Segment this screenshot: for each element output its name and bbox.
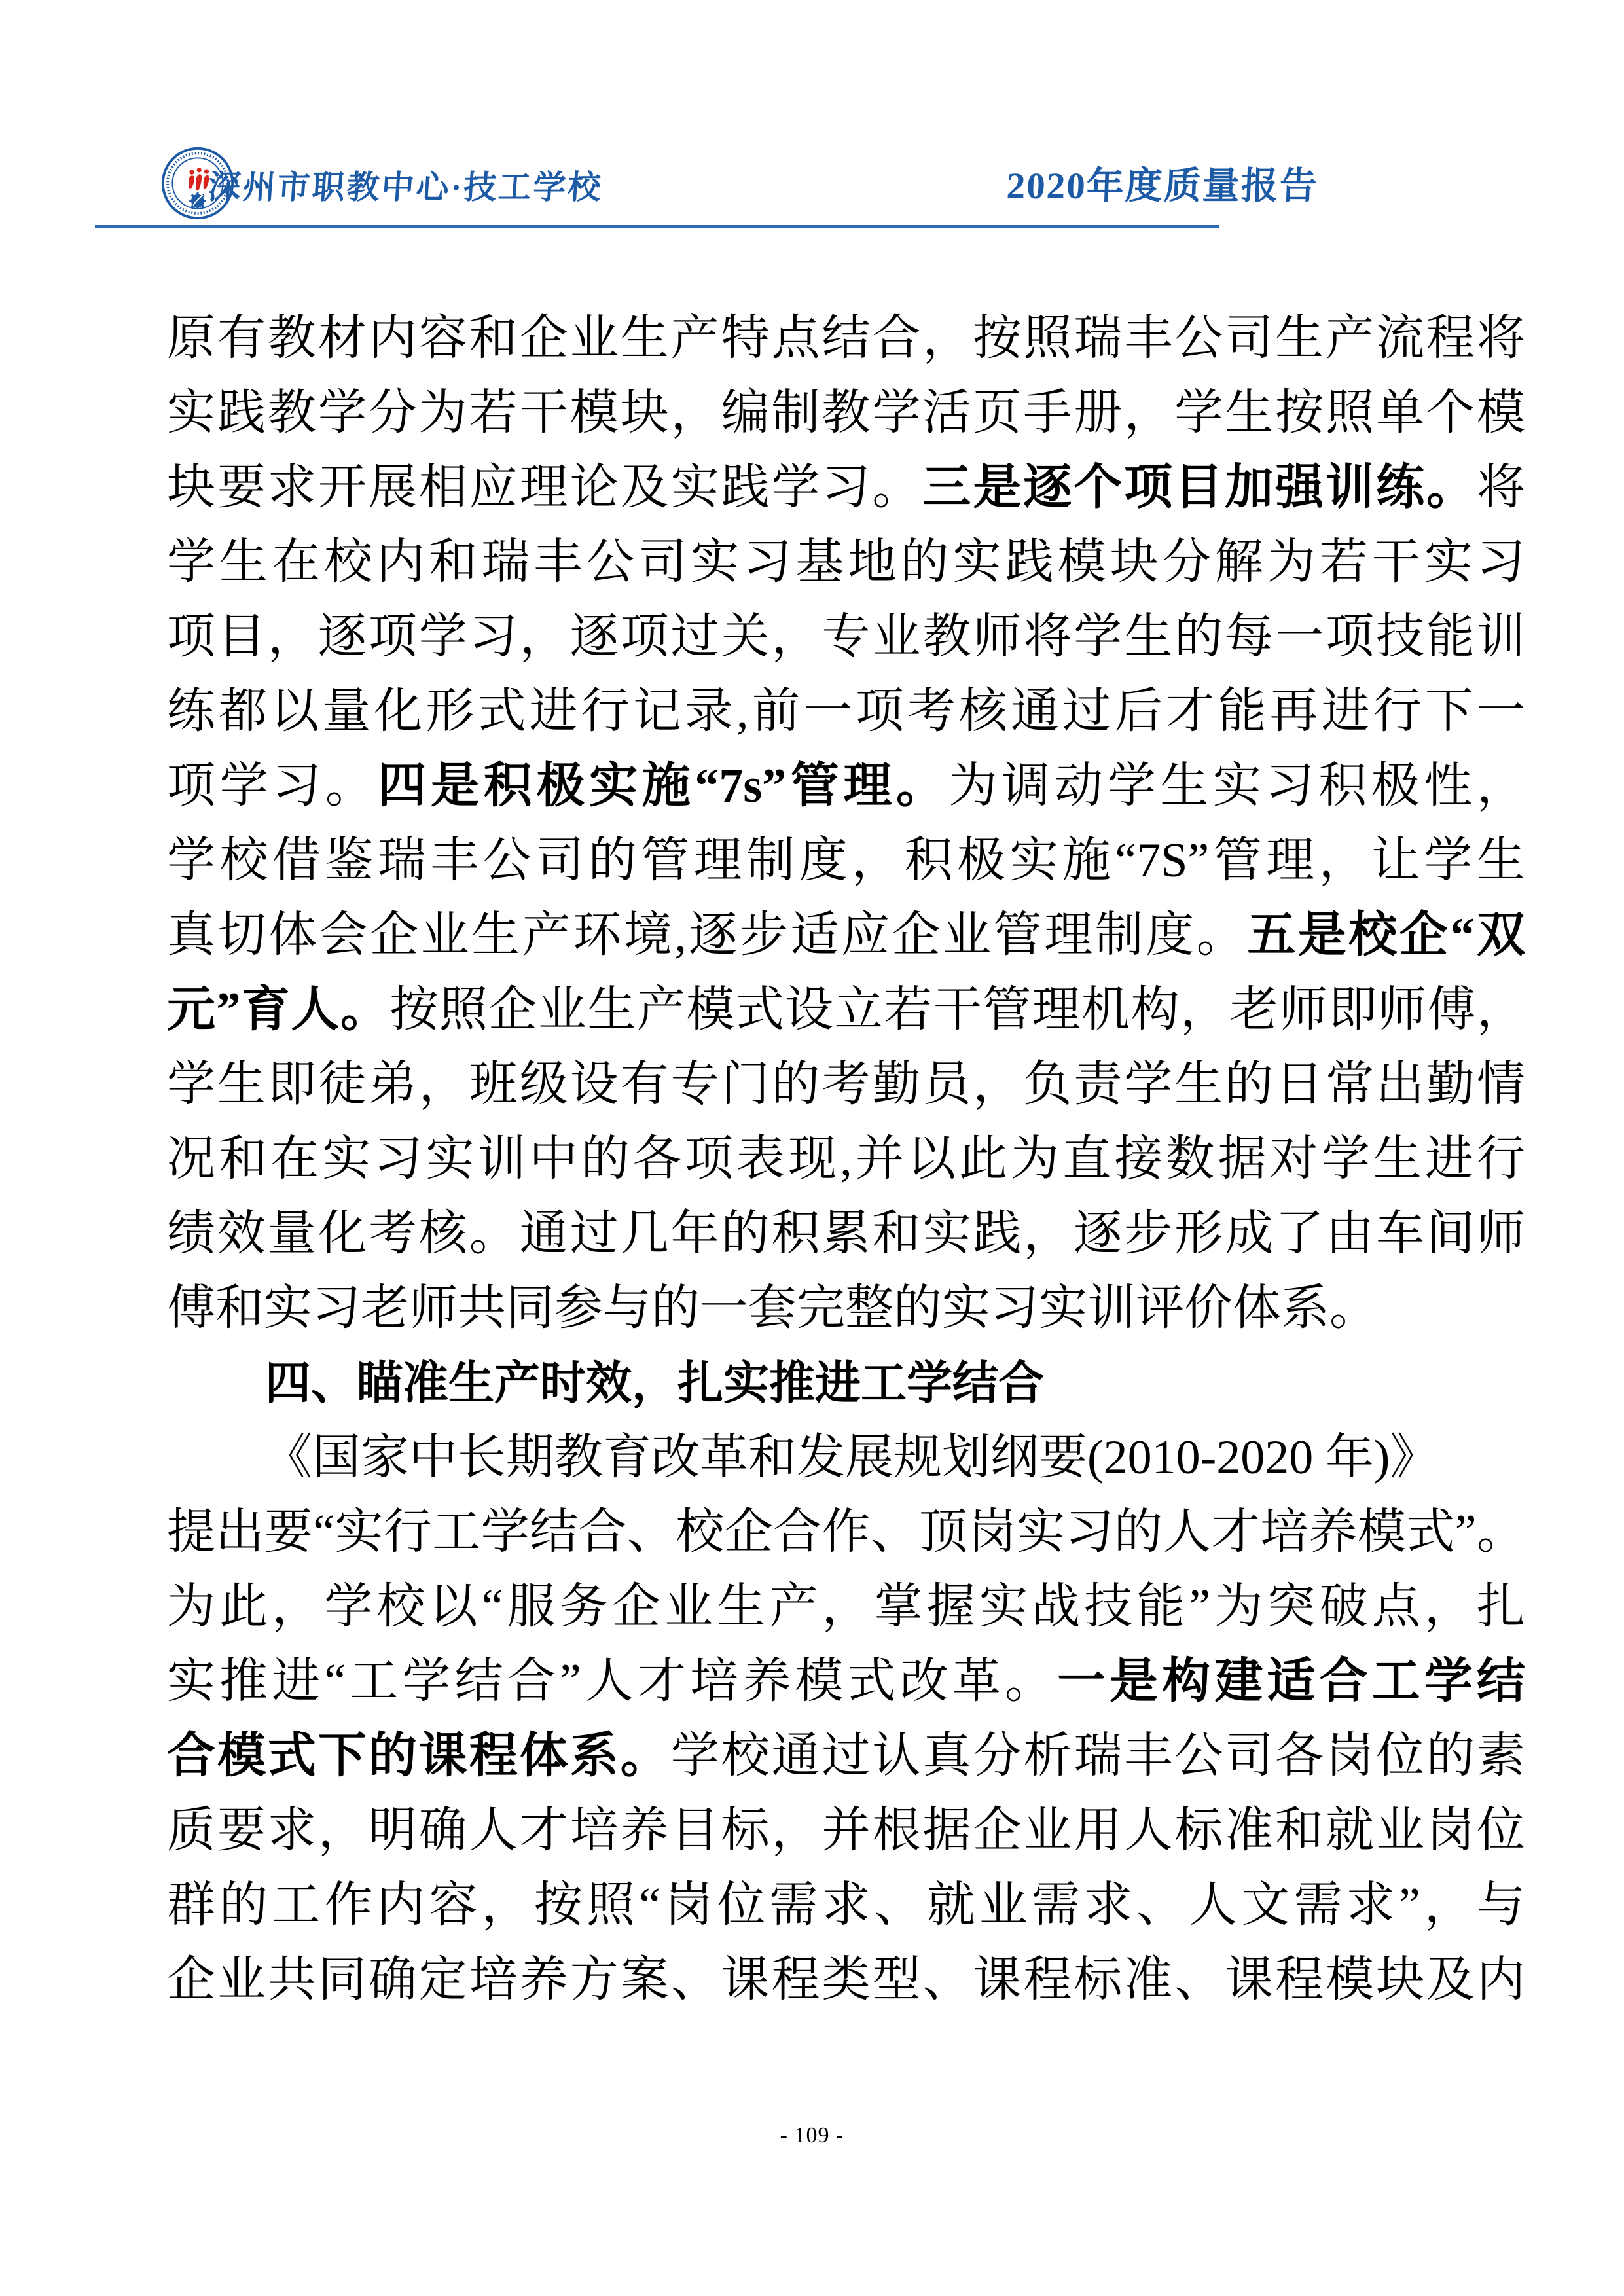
document-body: 原有教材内容和企业生产特点结合，按照瑞丰公司生产流程将实践教学分为若干模块，编制… [167, 301, 1525, 2017]
text-line: 练都以量化形式进行记录,前一项考核通过后才能再进行下一 [167, 674, 1525, 749]
text-line: 合模式下的课程体系。学校通过认真分析瑞丰公司各岗位的素 [167, 1719, 1525, 1793]
text-line: 原有教材内容和企业生产特点结合，按照瑞丰公司生产流程将 [167, 301, 1525, 376]
document-page: 深州市职教中心·技工学校 2020年度质量报告 原有教材内容和企业生产特点结合，… [0, 0, 1624, 2296]
page-header: 深州市职教中心·技工学校 2020年度质量报告 [0, 0, 1624, 236]
text-line: 实推进“工学结合”人才培养模式改革。一是构建适合工学结 [167, 1644, 1525, 1719]
text-line: 项目，逐项学习，逐项过关，专业教师将学生的每一项技能训 [167, 600, 1525, 674]
text-line: 《国家中长期教育改革和发展规划纲要(2010-2020 年)》 [167, 1420, 1525, 1495]
text-line: 傅和实习老师共同参与的一套完整的实习实训评价体系。 [167, 1271, 1525, 1346]
page-number: - 109 - [780, 2123, 844, 2147]
text-line: 况和在实习实训中的各项表现,并以此为直接数据对学生进行 [167, 1122, 1525, 1196]
text-line: 实践教学分为若干模块，编制教学活页手册，学生按照单个模 [167, 376, 1525, 450]
text-line: 块要求开展相应理论及实践学习。三是逐个项目加强训练。将 [167, 450, 1525, 525]
page-footer: - 109 - [0, 2123, 1624, 2148]
text-line: 项学习。四是积极实施“7s”管理。为调动学生实习积极性， [167, 749, 1525, 823]
text-line: 真切体会企业生产环境,逐步适应企业管理制度。五是校企“双 [167, 898, 1525, 973]
text-line: 绩效量化考核。通过几年的积累和实践，逐步形成了由车间师 [167, 1196, 1525, 1271]
text-line: 质要求，明确人才培养目标，并根据企业用人标准和就业岗位 [167, 1793, 1525, 1868]
text-line: 企业共同确定培养方案、课程类型、课程标准、课程模块及内 [167, 1943, 1525, 2017]
text-line: 群的工作内容，按照“岗位需求、就业需求、人文需求”，与 [167, 1868, 1525, 1943]
text-line: 学生即徒弟，班级设有专门的考勤员，负责学生的日常出勤情 [167, 1047, 1525, 1122]
header-report-title: 2020年度质量报告 [1006, 156, 1320, 209]
text-line: 学校借鉴瑞丰公司的管理制度，积极实施“7S”管理，让学生 [167, 823, 1525, 898]
text-line: 为此，学校以“服务企业生产，掌握实战技能”为突破点，扎 [167, 1570, 1525, 1644]
header-divider [95, 225, 1219, 228]
section-heading: 四、瞄准生产时效，扎实推进工学结合 [167, 1346, 1525, 1420]
text-line: 元”育人。按照企业生产模式设立若干管理机构，老师即师傅， [167, 973, 1525, 1047]
text-line: 学生在校内和瑞丰公司实习基地的实践模块分解为若干实习 [167, 525, 1525, 600]
text-line: 提出要“实行工学结合、校企合作、顶岗实习的人才培养模式”。 [167, 1495, 1525, 1570]
header-school-name: 深州市职教中心·技工学校 [206, 161, 604, 208]
